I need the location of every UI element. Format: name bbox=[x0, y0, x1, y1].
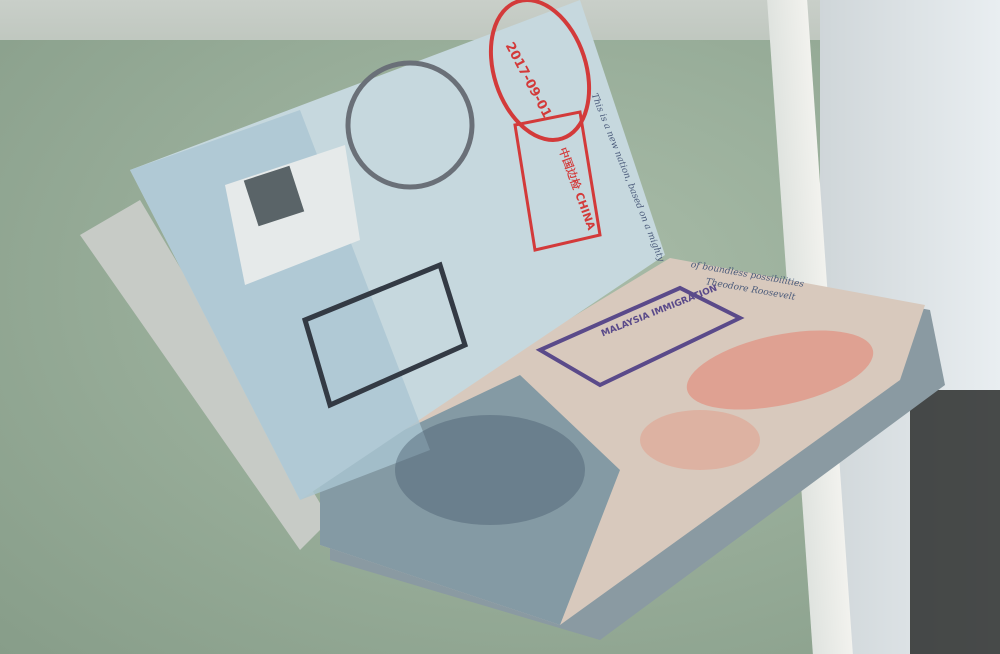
orange-smudge-stamp bbox=[640, 410, 760, 470]
passport bbox=[0, 0, 1000, 654]
blurred-stamp bbox=[395, 415, 585, 525]
